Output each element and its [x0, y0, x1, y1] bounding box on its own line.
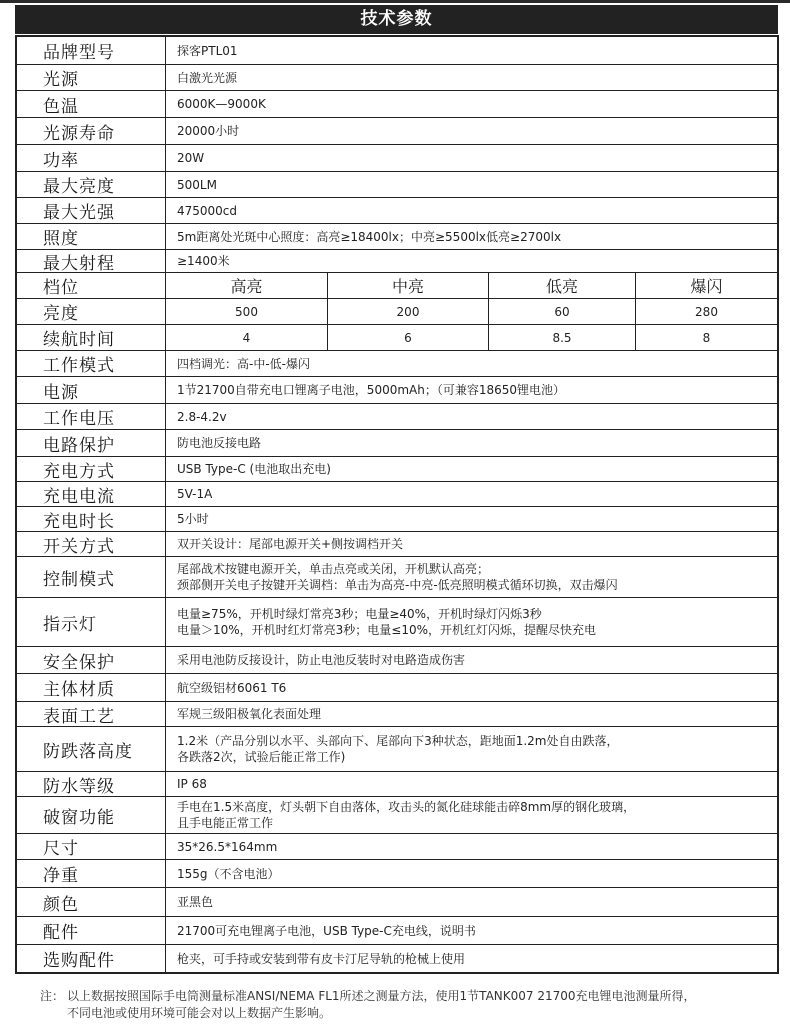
mode-header-cells: 高亮中亮低亮爆闪	[166, 273, 777, 298]
spec-label: 配件	[17, 917, 166, 944]
spec-value: 枪夹，可手持或安装到带有皮卡汀尼导轨的枪械上使用	[166, 945, 777, 972]
spec-value: 5小时	[166, 507, 777, 531]
spec-label: 功率	[17, 145, 166, 171]
top-border	[0, 0, 790, 3]
mode-column-header: 高亮	[166, 273, 328, 298]
spec-value-line: 5V-1A	[177, 486, 777, 502]
mode-row-cells: 50020060280	[166, 299, 777, 324]
spec-label: 光源寿命	[17, 118, 166, 144]
spec-value: 35*26.5*164mm	[166, 834, 777, 859]
mode-column-header: 低亮	[489, 273, 636, 298]
spec-value: 475000cd	[166, 198, 777, 223]
spec-row: 选购配件枪夹，可手持或安装到带有皮卡汀尼导轨的枪械上使用	[17, 944, 777, 972]
spec-value-line: 2.8-4.2v	[177, 409, 777, 425]
spec-value-line: 155g（不含电池）	[177, 866, 777, 882]
spec-row: 最大射程≥1400米	[17, 249, 777, 272]
spec-value: 双开关设计：尾部电源开关+侧按调档开关	[166, 532, 777, 556]
spec-value-line: 航空级铝材6061 T6	[177, 680, 777, 696]
spec-label: 颜色	[17, 888, 166, 916]
spec-label: 指示灯	[17, 598, 166, 646]
spec-value: 5V-1A	[166, 482, 777, 506]
spec-value: 手电在1.5米高度，灯头朝下自由落体，攻击头的氮化硅球能击碎8mm厚的钢化玻璃，…	[166, 797, 777, 833]
spec-row: 防跌落高度1.2米（产品分别以水平、头部向下、尾部向下3种状态，距地面1.2m处…	[17, 726, 777, 771]
spec-value-line: 采用电池防反接设计，防止电池反装时对电路造成伤害	[177, 652, 777, 668]
spec-label: 充电时长	[17, 507, 166, 531]
spec-value: 电量≥75%，开机时绿灯常亮3秒；电量≥40%，开机时绿灯闪烁3秒电量＞10%，…	[166, 598, 777, 646]
spec-label: 电源	[17, 377, 166, 403]
spec-value-line: 电量≥75%，开机时绿灯常亮3秒；电量≥40%，开机时绿灯闪烁3秒	[177, 606, 777, 622]
spec-label: 控制模式	[17, 557, 166, 597]
spec-row: 色温6000K—9000K	[17, 90, 777, 117]
mode-column-header: 中亮	[328, 273, 489, 298]
spec-value-line: 且手电能正常工作	[177, 815, 777, 831]
spec-label: 破窗功能	[17, 797, 166, 833]
spec-row: 最大亮度500LM	[17, 171, 777, 197]
footnote: 注： 以上数据按照国际手电筒测量标准ANSI/NEMA FL1所述之测量方法，使…	[40, 988, 780, 1022]
mode-cell: 8	[636, 325, 777, 350]
spec-row: 开关方式双开关设计：尾部电源开关+侧按调档开关	[17, 531, 777, 556]
spec-row: 配件21700可充电锂离子电池，USB Type-C充电线，说明书	[17, 916, 777, 944]
spec-value: 亚黑色	[166, 888, 777, 916]
spec-row: 净重155g（不含电池）	[17, 859, 777, 887]
spec-row: 破窗功能手电在1.5米高度，灯头朝下自由落体，攻击头的氮化硅球能击碎8mm厚的钢…	[17, 796, 777, 833]
spec-row: 尺寸35*26.5*164mm	[17, 833, 777, 859]
footnote-prefix: 注：	[40, 988, 64, 1005]
mode-header-row: 档位高亮中亮低亮爆闪	[17, 272, 777, 298]
spec-value-line: IP 68	[177, 776, 777, 792]
spec-label: 安全保护	[17, 647, 166, 673]
spec-row: 充电方式USB Type-C (电池取出充电)	[17, 456, 777, 481]
spec-label: 色温	[17, 91, 166, 117]
footnote-line: 以上数据按照国际手电筒测量标准ANSI/NEMA FL1所述之测量方法，使用1节…	[67, 988, 780, 1005]
spec-value: 5m距离处光斑中心照度：高亮≥18400lx；中亮≥5500lx低亮≥2700l…	[166, 224, 777, 249]
spec-value: 防电池反接电路	[166, 430, 777, 456]
spec-row: 指示灯电量≥75%，开机时绿灯常亮3秒；电量≥40%，开机时绿灯闪烁3秒电量＞1…	[17, 597, 777, 646]
spec-label: 开关方式	[17, 532, 166, 556]
footnote-line: 不同电池或使用环境可能会对以上数据产生影响。	[67, 1005, 780, 1022]
spec-row: 电源1节21700自带充电口锂离子电池，5000mAh；（可兼容18650锂电池…	[17, 376, 777, 403]
spec-value: 1.2米（产品分别以水平、头部向下、尾部向下3种状态，距地面1.2m处自由跌落，…	[166, 727, 777, 771]
spec-value-line: 枪夹，可手持或安装到带有皮卡汀尼导轨的枪械上使用	[177, 951, 777, 967]
spec-value: 尾部战术按键电源开关，单击点亮或关闭，开机默认高亮；颈部侧开关电子按键开关调档：…	[166, 557, 777, 597]
spec-row: 品牌型号探客PTL01	[17, 37, 777, 64]
spec-label: 防跌落高度	[17, 727, 166, 771]
spec-label: 充电电流	[17, 482, 166, 506]
spec-label: 表面工艺	[17, 702, 166, 726]
spec-value-line: USB Type-C (电池取出充电)	[177, 461, 777, 477]
spec-label: 最大光强	[17, 198, 166, 223]
spec-label: 最大射程	[17, 250, 166, 272]
spec-value-line: 5小时	[177, 511, 777, 527]
spec-value-line: 1节21700自带充电口锂离子电池，5000mAh；（可兼容18650锂电池）	[177, 382, 777, 398]
mode-row-label: 亮度	[17, 299, 166, 324]
spec-label: 照度	[17, 224, 166, 249]
mode-cell: 60	[489, 299, 636, 324]
spec-label: 最大亮度	[17, 172, 166, 197]
spec-value-line: 21700可充电锂离子电池，USB Type-C充电线，说明书	[177, 923, 777, 939]
spec-value: 20W	[166, 145, 777, 171]
spec-value-line: 防电池反接电路	[177, 435, 777, 451]
mode-header-label: 档位	[17, 273, 166, 298]
spec-row: 工作电压2.8-4.2v	[17, 403, 777, 429]
spec-label: 主体材质	[17, 674, 166, 701]
spec-label: 光源	[17, 65, 166, 90]
spec-row: 防水等级IP 68	[17, 771, 777, 796]
spec-value-line: 颈部侧开关电子按键开关调档：单击为高亮-中亮-低亮照明模式循环切换，双击爆闪	[177, 577, 777, 593]
spec-row: 充电时长5小时	[17, 506, 777, 531]
spec-value: 6000K—9000K	[166, 91, 777, 117]
spec-row: 主体材质航空级铝材6061 T6	[17, 673, 777, 701]
mode-cell: 500	[166, 299, 328, 324]
spec-value: IP 68	[166, 772, 777, 796]
spec-label: 工作模式	[17, 351, 166, 376]
spec-value: 采用电池防反接设计，防止电池反装时对电路造成伤害	[166, 647, 777, 673]
spec-label: 选购配件	[17, 945, 166, 972]
spec-label: 充电方式	[17, 457, 166, 481]
mode-row-cells: 468.58	[166, 325, 777, 350]
spec-value: 白激光光源	[166, 65, 777, 90]
mode-cell: 4	[166, 325, 328, 350]
spec-label: 防水等级	[17, 772, 166, 796]
spec-row: 颜色亚黑色	[17, 887, 777, 916]
spec-row: 光源寿命20000小时	[17, 117, 777, 144]
spec-label: 工作电压	[17, 404, 166, 429]
spec-value: 155g（不含电池）	[166, 860, 777, 887]
spec-value-line: 四档调光：高-中-低-爆闪	[177, 356, 777, 372]
spec-label: 净重	[17, 860, 166, 887]
mode-column-header: 爆闪	[636, 273, 777, 298]
spec-label: 品牌型号	[17, 37, 166, 64]
mode-cell: 200	[328, 299, 489, 324]
spec-value: ≥1400米	[166, 250, 777, 272]
spec-row: 功率20W	[17, 144, 777, 171]
page-title: 技术参数	[15, 5, 778, 34]
spec-label: 电路保护	[17, 430, 166, 456]
spec-row: 照度5m距离处光斑中心照度：高亮≥18400lx；中亮≥5500lx低亮≥270…	[17, 223, 777, 249]
spec-value: 1节21700自带充电口锂离子电池，5000mAh；（可兼容18650锂电池）	[166, 377, 777, 403]
spec-value: 20000小时	[166, 118, 777, 144]
spec-row: 最大光强475000cd	[17, 197, 777, 223]
mode-cell: 8.5	[489, 325, 636, 350]
mode-row-label: 续航时间	[17, 325, 166, 350]
spec-value-line: 手电在1.5米高度，灯头朝下自由落体，攻击头的氮化硅球能击碎8mm厚的钢化玻璃，	[177, 799, 777, 815]
spec-value-line: 电量＞10%，开机时红灯常亮3秒；电量≤10%，开机红灯闪烁，提醒尽快充电	[177, 622, 777, 638]
spec-row: 电路保护防电池反接电路	[17, 429, 777, 456]
spec-row: 表面工艺军规三级阳极氧化表面处理	[17, 701, 777, 726]
spec-value: 航空级铝材6061 T6	[166, 674, 777, 701]
spec-row: 充电电流5V-1A	[17, 481, 777, 506]
spec-value-line: 1.2米（产品分别以水平、头部向下、尾部向下3种状态，距地面1.2m处自由跌落，	[177, 733, 777, 749]
spec-row: 工作模式四档调光：高-中-低-爆闪	[17, 350, 777, 376]
spec-value-line: 各跌落2次，试验后能正常工作)	[177, 749, 777, 765]
spec-value: 21700可充电锂离子电池，USB Type-C充电线，说明书	[166, 917, 777, 944]
spec-value-line: 军规三级阳极氧化表面处理	[177, 706, 777, 722]
spec-row: 控制模式尾部战术按键电源开关，单击点亮或关闭，开机默认高亮；颈部侧开关电子按键开…	[17, 556, 777, 597]
spec-value: 四档调光：高-中-低-爆闪	[166, 351, 777, 376]
spec-row: 光源白激光光源	[17, 64, 777, 90]
mode-row: 续航时间468.58	[17, 324, 777, 350]
spec-value-line: 双开关设计：尾部电源开关+侧按调档开关	[177, 536, 777, 552]
mode-cell: 280	[636, 299, 777, 324]
mode-cell: 6	[328, 325, 489, 350]
spec-value: 500LM	[166, 172, 777, 197]
spec-label: 尺寸	[17, 834, 166, 859]
mode-row: 亮度50020060280	[17, 298, 777, 324]
spec-value-line: 35*26.5*164mm	[177, 839, 777, 855]
spec-value-line: 尾部战术按键电源开关，单击点亮或关闭，开机默认高亮；	[177, 561, 777, 577]
spec-table: 品牌型号探客PTL01光源白激光光源色温6000K—9000K光源寿命20000…	[15, 35, 779, 974]
spec-value-line: 亚黑色	[177, 894, 777, 910]
spec-value: 军规三级阳极氧化表面处理	[166, 702, 777, 726]
spec-value: 探客PTL01	[166, 37, 777, 64]
spec-value: USB Type-C (电池取出充电)	[166, 457, 777, 481]
spec-value: 2.8-4.2v	[166, 404, 777, 429]
spec-row: 安全保护采用电池防反接设计，防止电池反装时对电路造成伤害	[17, 646, 777, 673]
